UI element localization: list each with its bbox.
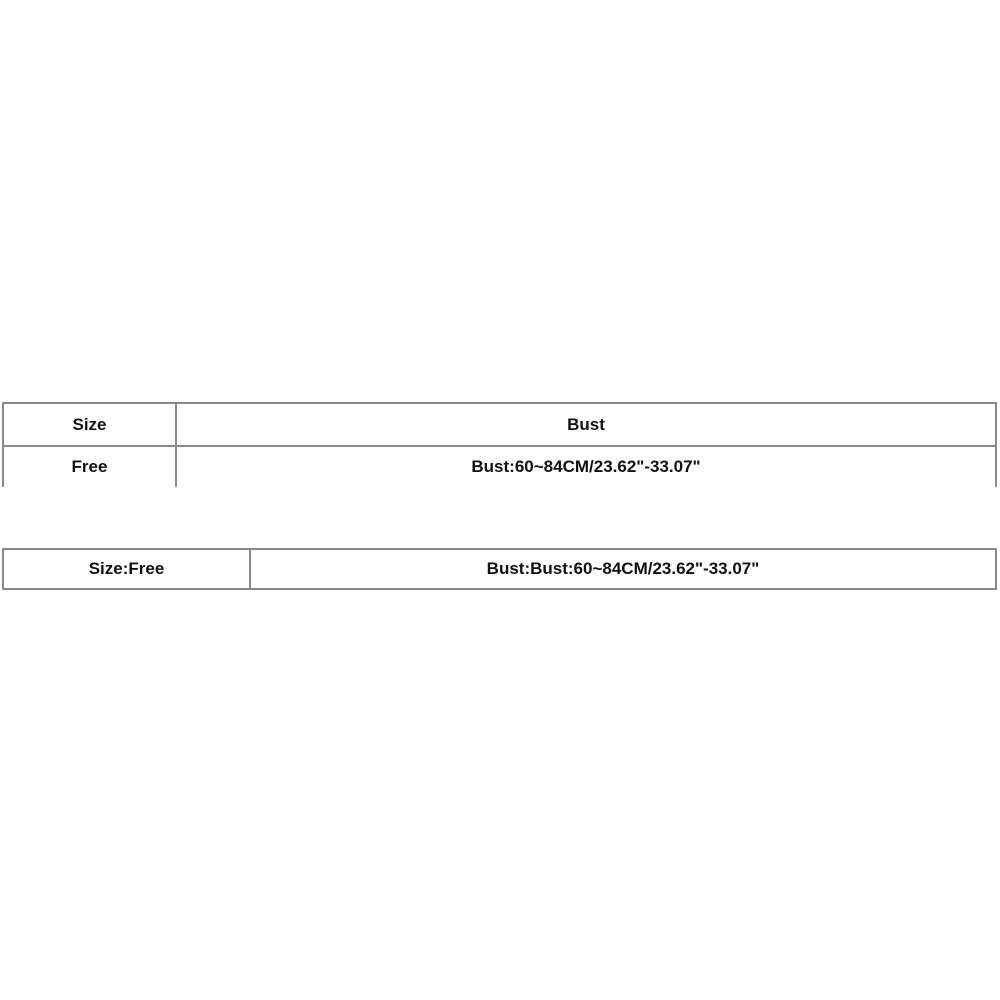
- summary-bust: Bust:Bust:60~84CM/23.62"-33.07": [251, 550, 995, 588]
- summary-size: Size:Free: [4, 550, 251, 588]
- table-header-row: Size Bust: [2, 402, 997, 447]
- header-bust: Bust: [177, 404, 997, 445]
- cell-size-value: Free: [2, 447, 177, 487]
- size-chart-table: Size Bust Free Bust:60~84CM/23.62"-33.07…: [2, 402, 997, 488]
- header-size: Size: [2, 404, 177, 445]
- size-summary-table: Size:Free Bust:Bust:60~84CM/23.62"-33.07…: [2, 548, 997, 590]
- table-row: Free Bust:60~84CM/23.62"-33.07": [2, 447, 997, 488]
- cell-bust-value: Bust:60~84CM/23.62"-33.07": [177, 447, 997, 487]
